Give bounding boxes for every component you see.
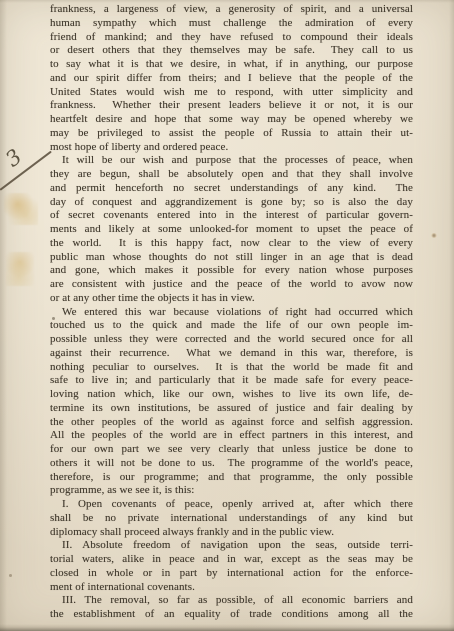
- text-line: or desert others that they themselves ma…: [50, 44, 413, 58]
- text-line: We entered this war because violations o…: [50, 306, 413, 320]
- text-line: touched us to the quick and made the lif…: [50, 319, 413, 333]
- text-line: programme, as we see it, is this:: [50, 484, 413, 498]
- paper-stain: [6, 252, 34, 286]
- paper-speck: [431, 233, 437, 238]
- text-line: most hope of liberty and ordered peace.: [50, 141, 413, 155]
- page-edge-left: [0, 0, 7, 631]
- text-line: human sympathy which must challenge the …: [50, 17, 413, 31]
- text-line: others it will not be done to us. The pr…: [50, 457, 413, 471]
- text-line: nothing peculiar to ourselves. It is tha…: [50, 361, 413, 375]
- page-edge-bottom: [0, 624, 454, 631]
- text-line: the establishment of an equality of trad…: [50, 608, 413, 622]
- text-line: against their recurrence. What we demand…: [50, 347, 413, 361]
- text-line: they are begun, shall be absolutely open…: [50, 168, 413, 182]
- text-line: and gone, which makes it possible for ev…: [50, 264, 413, 278]
- scanned-page: 3 frankness, a largeness of view, a gene…: [0, 0, 454, 631]
- text-line: or at any other time the objects it has …: [50, 292, 413, 306]
- text-line: day of conquest and aggrandizement is go…: [50, 196, 413, 210]
- text-line: III. The removal, so far as possible, of…: [50, 594, 413, 608]
- text-line: for our own part we see very clearly tha…: [50, 443, 413, 457]
- text-line: It will be our wish and purpose that the…: [50, 154, 413, 168]
- text-line: of secret covenants entered into in the …: [50, 209, 413, 223]
- text-line: friend of mankind; and they have refused…: [50, 31, 413, 45]
- text-line: frankness. Whether their present leaders…: [50, 99, 413, 113]
- text-line: are consistent with justice and the peac…: [50, 278, 413, 292]
- text-line: closed in whole or in part by internatio…: [50, 567, 413, 581]
- text-line: the other peoples of the world as agains…: [50, 416, 413, 430]
- paper-speck: [9, 574, 12, 577]
- text-line: termine its own institutions, be assured…: [50, 402, 413, 416]
- text-line: ments and likely at some unlooked-for mo…: [50, 223, 413, 237]
- text-line: the world. It is this happy fact, now cl…: [50, 237, 413, 251]
- paper-stain: [4, 193, 38, 225]
- text-line: I. Open covenants of peace, openly arriv…: [50, 498, 413, 512]
- text-line: may be privileged to assist the people o…: [50, 127, 413, 141]
- text-line: frankness, a largeness of view, a genero…: [50, 3, 413, 17]
- text-line: and our spirit differ from theirs; and I…: [50, 72, 413, 86]
- text-line: therefore, is our programme; and that pr…: [50, 471, 413, 485]
- text-line: United States would wish me to respond, …: [50, 86, 413, 100]
- text-line: to say what it is that we desire, in wha…: [50, 58, 413, 72]
- page-text: frankness, a largeness of view, a genero…: [50, 3, 413, 622]
- text-line: All the peoples of the world are in effe…: [50, 429, 413, 443]
- text-line: ment of international covenants.: [50, 581, 413, 595]
- page-edge-right: [449, 0, 454, 631]
- margin-annotation-number: 3: [1, 144, 26, 171]
- text-line: heartfelt desire and hope that some way …: [50, 113, 413, 127]
- text-line: and permit henceforth no secret understa…: [50, 182, 413, 196]
- text-line: loving nation which, like our own, wishe…: [50, 388, 413, 402]
- text-line: diplomacy shall proceed always frankly a…: [50, 526, 413, 540]
- text-line: possible unless they were corrected and …: [50, 333, 413, 347]
- text-line: II. Absolute freedom of navigation upon …: [50, 539, 413, 553]
- text-line: shall be no private international unders…: [50, 512, 413, 526]
- text-line: public man whose thoughts do not still l…: [50, 251, 413, 265]
- text-line: torial waters, alike in peace and in war…: [50, 553, 413, 567]
- text-line: safe to live in; and particularly that i…: [50, 374, 413, 388]
